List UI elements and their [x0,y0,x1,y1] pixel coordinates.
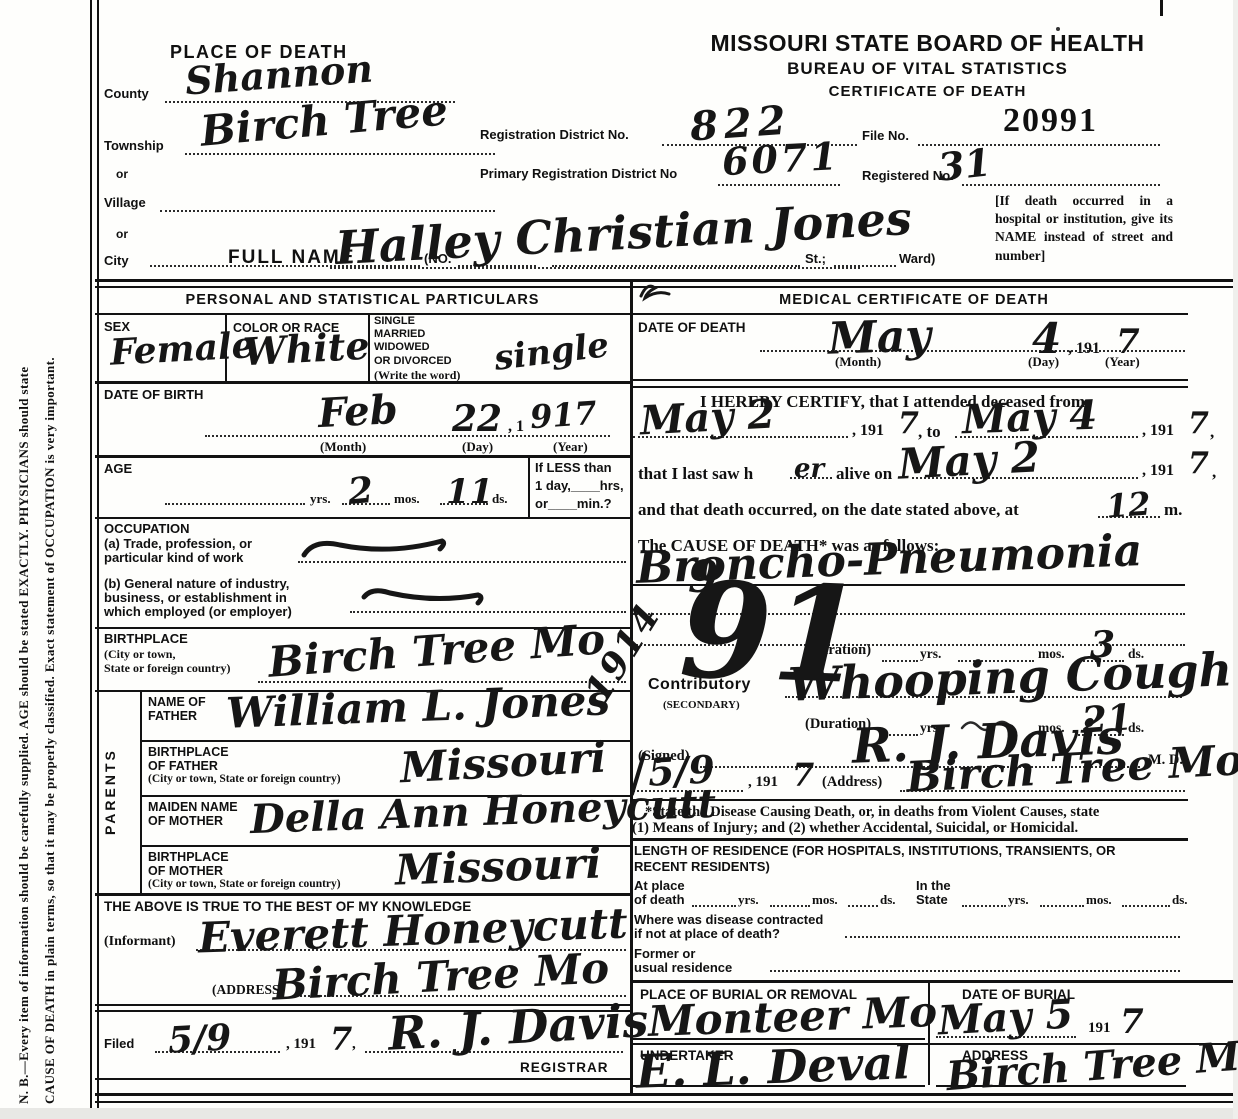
mother-maiden-label1: MAIDEN NAME [148,800,238,814]
scan-artifact-bottom [0,1108,1238,1119]
dob-row-bottom-rule [95,455,630,458]
former-label1: Former or [634,946,695,961]
father-birthplace-label2: OF FATHER [148,759,218,773]
atplace-ds-caption: ds. [880,892,896,908]
date-of-death-label: DATE OF DEATH [638,320,746,335]
atplace-yrs-underline [692,905,736,907]
occupation-a-line2: particular kind of work [104,550,243,565]
occupation-a-dash [300,533,450,563]
birth-year-printed: , 1 [508,418,524,436]
bureau-title: BUREAU OF VITAL STATISTICS [695,59,1160,79]
burial-top-rule [630,980,1233,983]
pen-mark-icon [637,280,673,304]
dob-underline [205,435,610,437]
at-place-label2: of death [634,892,685,907]
residence-header-line2: RECENT RESIDENTS) [634,859,770,874]
document-bottom-rule-2 [95,1101,1233,1103]
file-no-value: 20991 [1003,102,1098,140]
top-right-tick [1160,0,1163,16]
death-year-printed: , 191 [1068,340,1100,358]
birth-year-value: 917 [529,394,598,437]
village-underline [160,210,495,212]
birthplace-sub1: (City or town, [104,647,175,662]
footnote-bottom-rule [633,838,1188,841]
occupation-b-line2: business, or establishment in [104,590,287,605]
full-name-value: Halley Christian Jones [334,191,913,275]
left-column-bottom-rule [95,1078,630,1080]
mother-birthplace-label2: OF MOTHER [148,864,223,878]
occupation-b-line3: which employed (or employer) [104,604,292,619]
attended-from-year: 7 [898,406,919,441]
birthplace-label: BIRTHPLACE [104,631,188,646]
undertaker-value: E. L. Deval [635,1035,911,1099]
hospital-note: [If death occurred in a hospital or inst… [995,192,1173,265]
parents-label: PARENTS [102,690,138,893]
township-label: Township [104,138,164,153]
sex-row-bottom-rule [95,381,630,384]
occupation-b-line1: (b) General nature of industry, [104,576,289,591]
sex-value: Female [109,324,256,374]
dob-month-caption: (Month) [320,439,366,455]
in-state-label2: State [916,892,948,907]
ifless-line1: If LESS than [535,460,612,475]
instate-mos-underline [1040,905,1084,907]
age-ifless-divider [528,455,530,517]
dod-bottom-rule-1 [633,379,1188,381]
former-underline [770,970,1180,972]
margin-note-line1: N. B.—Every item of information should b… [16,14,32,1104]
personal-title-rule [95,313,630,315]
registration-district-label: Registration District No. [480,127,629,142]
in-state-label1: In the [916,878,951,893]
signed-year-printed: , 191 [748,774,778,791]
mother-birthplace-value: Missouri [394,838,602,894]
occupation-a-line1: (a) Trade, profession, or [104,536,252,551]
birthplace-sub2: State or foreign country) [104,661,231,676]
board-title: MISSOURI STATE BOARD OF HEALTH [695,30,1160,57]
contracted-label2: if not at place of death? [634,926,780,941]
occurred-m-label: m. [1164,500,1182,520]
attended-from-year-printed: , 191 [852,422,884,440]
occurred-time-value: 12 [1105,484,1152,525]
dod-bottom-rule-2 [633,386,1188,388]
or-label-1: or [116,167,128,181]
signed-year-value: 7 [792,756,814,794]
age-yrs-underline [165,503,305,505]
stamp-large-number: 91 [677,553,866,714]
or-label-2: or [116,227,128,241]
marital-line-divorced: OR DIVORCED [374,355,460,368]
ifless-line2: 1 day,____hrs, [535,478,624,493]
atplace-ds-underline [848,905,878,907]
dob-year-caption: (Year) [553,439,588,455]
age-yrs-caption: yrs. [310,491,331,507]
filed-label: Filed [104,1036,134,1051]
attended-from-date: May 2 [639,390,776,444]
city-label: City [104,253,129,268]
contracted-label1: Where was disease contracted [634,912,823,927]
personal-section-title: PERSONAL AND STATISTICAL PARTICULARS [95,292,630,308]
attended-to-year: 7 [1188,406,1209,441]
atplace-mos-caption: mos. [812,892,838,908]
medical-section-title: MEDICAL CERTIFICATE OF DEATH [640,292,1188,308]
registered-no-value: 31 [936,139,993,189]
at-place-label1: At place [634,878,685,893]
margin-note-line2: CAUSE OF DEATH in plain terms, so that i… [42,14,58,1104]
occurred-statement: and that death occurred, on the date sta… [638,500,1019,520]
lastsaw-year: 7 [1188,446,1209,481]
instate-mos-caption: mos. [1086,892,1112,908]
mother-birthplace-label1: BIRTHPLACE [148,850,229,864]
atplace-yrs-caption: yrs. [738,892,759,908]
form-left-border-outer [90,0,92,1108]
contracted-underline [845,936,1180,938]
age-months-value: 2 [346,469,375,513]
registered-no-underline [962,184,1160,186]
dob-day-caption: (Day) [462,439,493,455]
filed-year-printed: , 191 [286,1036,316,1053]
signed-date-value: 5/9 [647,746,716,794]
primary-registration-label: Primary Registration District No [480,166,677,181]
death-certificate-scan: N. B.—Every item of information should b… [0,0,1238,1119]
primary-registration-value: 6071 [721,133,841,184]
birthplace-value: Birch Tree Mo [267,614,607,686]
instate-yrs-underline [962,905,1006,907]
age-ds-caption: ds. [492,491,508,507]
birth-month-value: Feb [317,386,399,437]
age-row-bottom-rule [95,517,630,519]
ward-label: Ward) [899,251,935,266]
age-label: AGE [104,461,132,476]
former-label2: usual residence [634,960,732,975]
filed-date-value: 5/9 [167,1016,232,1061]
birth-day-value: 22 [452,398,502,440]
attended-to-year-printed: , 191 [1142,422,1174,440]
lastsaw-er: er [794,454,824,484]
lastsaw-date: May 2 [897,432,1041,488]
primary-registration-underline [718,184,840,186]
marital-line-widowed: WIDOWED [374,341,460,354]
father-birthplace-label1: BIRTHPLACE [148,745,229,759]
parents-strip-divider [140,690,142,893]
marital-line-married: MARRIED [374,328,460,341]
filed-comma: , [352,1036,356,1053]
lastsaw-post: alive on [836,464,892,484]
ifless-line3: or____min.? [535,496,612,511]
occupation-b-dash [360,583,490,613]
village-label: Village [104,195,146,210]
signed-date-pen-stroke [628,752,648,796]
mother-birthplace-sub: (City or town, State or foreign country) [148,878,341,890]
death-month-value: May [827,310,931,365]
father-birthplace-sub: (City or town, State or foreign country) [148,773,341,785]
attended-to-comma: , [1210,422,1214,442]
parents-bottom-rule [95,893,630,896]
father-birthplace-value: Missouri [399,733,608,793]
age-days-value: 11 [446,472,493,512]
residence-header-line1: LENGTH OF RESIDENCE (FOR HOSPITALS, INST… [634,843,1116,858]
date-of-birth-label: DATE OF BIRTH [104,387,203,402]
marital-line-single: SINGLE [374,315,460,328]
lastsaw-comma: , [1212,462,1216,482]
death-day-value: 4 [1032,314,1061,363]
physician-address-label: (Address) [822,774,882,791]
instate-ds-caption: ds. [1172,892,1188,908]
death-year-value: 7 [1116,322,1140,362]
instate-ds-underline [1122,905,1170,907]
township-underline [185,153,495,155]
form-left-border-inner [97,0,99,1108]
burial-year-printed: 191 [1088,1020,1111,1037]
filed-year-value: 7 [330,1020,352,1058]
marital-value: single [492,325,611,379]
file-no-label: File No. [862,128,909,143]
street-label: St.; [805,251,826,266]
registrar-label: REGISTRAR [520,1060,609,1075]
column-divider [630,282,633,1093]
father-name-label1: NAME OF [148,695,206,709]
marital-status-label: SINGLE MARRIED WIDOWED OR DIVORCED (Writ… [374,315,460,383]
atplace-mos-underline [770,905,810,907]
occupation-label: OCCUPATION [104,521,189,536]
instate-yrs-caption: yrs. [1008,892,1029,908]
lastsaw-pre: that I last saw h [638,464,753,484]
burial-year-value: 7 [1120,1002,1144,1042]
county-label: County [104,86,149,101]
father-name-label2: FATHER [148,709,197,723]
color-race-value: White [242,323,371,375]
age-mos-caption: mos. [394,491,420,507]
informant-label: (Informant) [104,934,176,950]
scan-artifact-right [1233,0,1238,1119]
lastsaw-year-printed: , 191 [1142,462,1174,480]
mother-maiden-label2: OF MOTHER [148,814,223,828]
burial-date-value: May 5 [937,990,1074,1044]
